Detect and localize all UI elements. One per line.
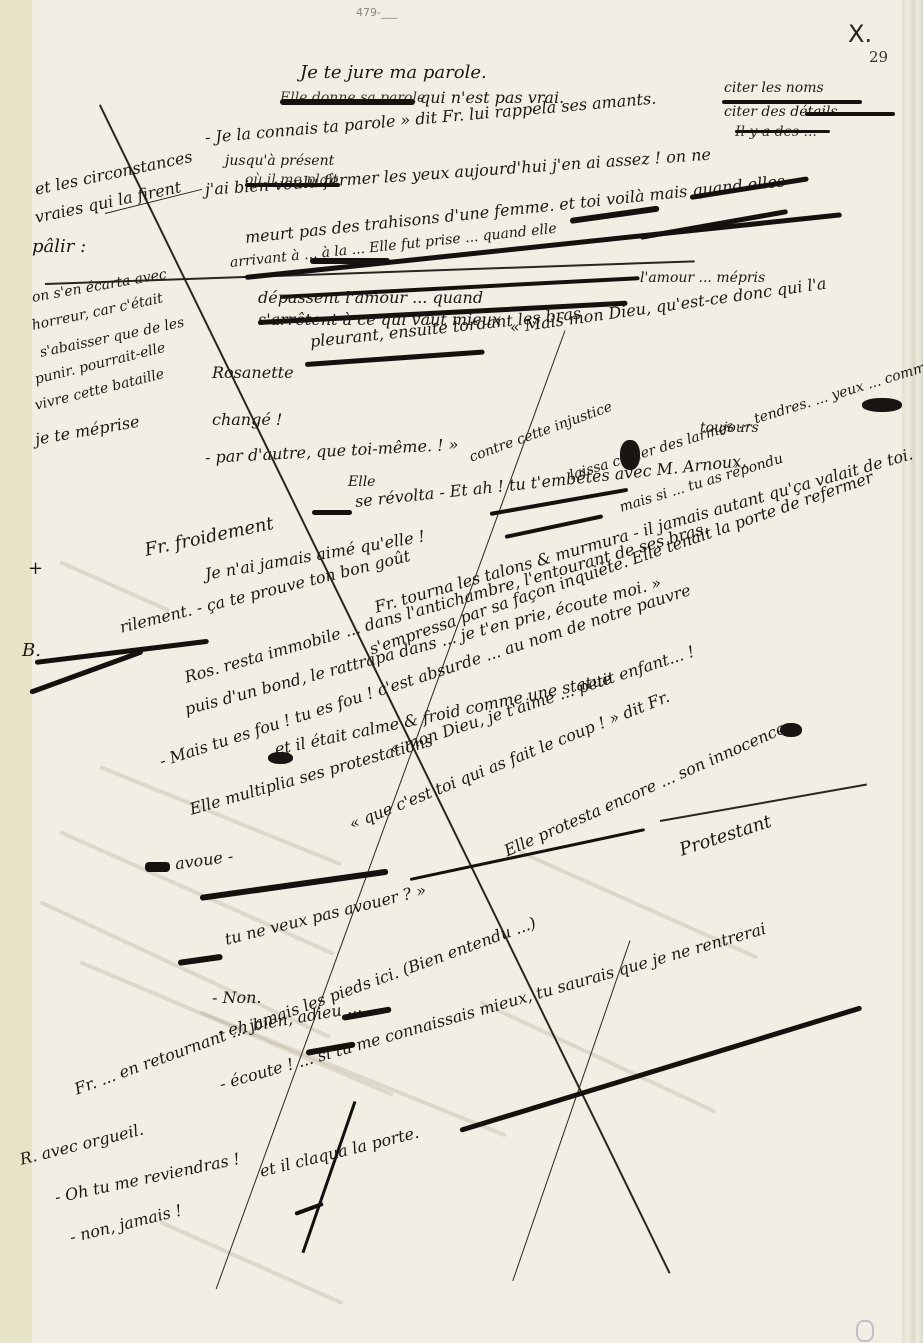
manuscript-page: 479-___ X. 29 Je te jure ma parole. Elle…: [0, 0, 923, 1343]
strikethrough: [280, 99, 415, 105]
line: dépassent l'amour ... quand: [258, 288, 483, 307]
binding-margin: [0, 0, 32, 1343]
pencil-reference: 479-___: [356, 6, 397, 19]
ink-blot: [862, 398, 902, 412]
strikethrough: [145, 862, 170, 872]
chapter-number: X.: [848, 20, 872, 48]
strikethrough: [805, 112, 895, 116]
strikethrough: [735, 130, 830, 133]
insertion: Elle: [348, 474, 375, 490]
margin-note-b: B.: [22, 640, 41, 661]
margin-note-rosanette: Rosanette: [212, 363, 294, 382]
line: Je te jure ma parole.: [300, 62, 487, 83]
margin-note: pâlir :: [32, 236, 86, 257]
page-number: 29: [869, 48, 888, 66]
line: changé !: [212, 410, 282, 429]
insertion: jusqu'à présent: [225, 153, 334, 169]
ink-blot: [268, 752, 293, 764]
strikethrough: [312, 510, 352, 515]
margin-mark: +: [28, 558, 43, 579]
page-edge: [902, 0, 923, 1343]
margin-note: citer les noms: [724, 80, 824, 96]
library-stamp: [856, 1320, 874, 1342]
line: - Non.: [212, 988, 262, 1007]
